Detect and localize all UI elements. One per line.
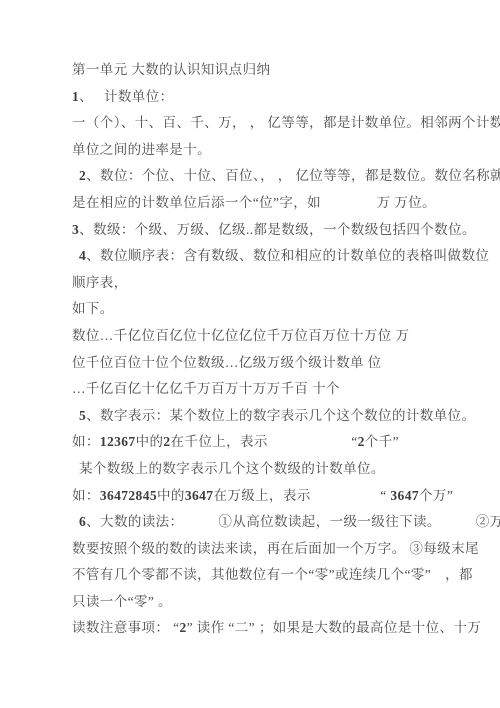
text-line-19: 数要按照个级的数的读法来读，再在后面加一个万字。 ③每级末尾 [72,536,482,563]
text-segment: 一（个）、十、百、千、万， ， 亿等等，都是计数单位。相邻两个计数 [72,115,500,130]
text-line-2: 1、 计数单位： [72,84,482,111]
text-line-4: 单位之间的进率是十。 [72,137,482,164]
text-segment: 、大数的读法： ①从高位数读起，一级一级往下读。 ②万级的 [86,514,500,529]
text-segment: 如： [72,434,100,449]
bold-text-segment: 3647 [185,488,214,503]
text-segment: 、数位顺序表：含有数级、数位和相应的计数单位的表格叫做数位 [86,248,489,263]
text-segment: 位千位百位十位个位数级…亿级万级个级计数单 位 [72,355,382,370]
text-line-3: 一（个）、十、百、千、万， ， 亿等等，都是计数单位。相邻两个计数 [72,110,482,137]
text-segment: 读数注意事项： “ [72,620,179,635]
text-segment: 某个数级上的数字表示几个这个数级的计数单位。 [79,461,385,476]
text-line-9: 顺序表， [72,270,482,297]
text-segment: 、数级：个级、万级、亿级..都是数级，一个数级包括四个数位。 [79,222,476,237]
text-segment: …千亿百亿十亿亿千万百万十万万千百 十个 [72,381,340,396]
text-line-18: 6、大数的读法： ①从高位数读起，一级一级往下读。 ②万级的 [72,509,482,536]
text-line-6: 是在相应的计数单位后添一个“位”字，如 万 万位。 [72,190,482,217]
text-line-7: 3、数级：个级、万级、亿级..都是数级，一个数级包括四个数位。 [72,217,482,244]
text-segment: ” 读作 “二” ；如果是大数的最高位是十位、十万 [187,620,482,635]
text-line-11: 数位…千亿位百亿位十亿位亿位千万位百万位十万位 万 [72,323,482,350]
text-segment: 个万” [419,488,453,503]
text-segment: 如： [72,488,100,503]
text-segment: 是在相应的计数单位后添一个“位”字，如 万 万位。 [72,195,436,210]
text-line-10: 如下。 [72,296,482,323]
text-segment: 、数字表示：某个数位上的数字表示几个这个数位的计数单位。 [86,408,475,423]
text-segment: 中的 [136,434,164,449]
text-line-8: 4、数位顺序表：含有数级、数位和相应的计数单位的表格叫做数位 [72,243,482,270]
text-segment: 个千” [365,434,399,449]
document-page: 第一单元 大数的认识知识点归纳1、 计数单位：一（个）、十、百、千、万， ， 亿… [0,0,500,708]
text-line-13: …千亿百亿十亿亿千万百万十万万千百 十个 [72,376,482,403]
text-line-5: 2、数位：个位、十位、百位、， ， 亿位等等，都是数位。数位名称就 [72,163,482,190]
text-line-14: 5、数字表示：某个数位上的数字表示几个这个数位的计数单位。 [72,403,482,430]
bold-text-segment: 2 [358,434,365,449]
text-segment: 单位之间的进率是十。 [72,142,211,157]
text-line-21: 只读一个“零” 。 [72,589,482,616]
text-segment: 在万级上，表示 “ [213,488,390,503]
text-segment: 只读一个“零” 。 [72,594,172,609]
text-segment: 第一单元 大数的认识知识点归纳 [72,62,270,77]
text-segment: 数要按照个级的数的读法来读，再在后面加一个万字。 ③每级末尾 [72,541,479,556]
text-segment: 顺序表， [72,275,128,290]
bold-text-segment: 2 [179,620,186,635]
text-line-16: 某个数级上的数字表示几个这个数级的计数单位。 [72,456,482,483]
text-segment: 不管有几个零都不读，其他数位有一个“零”或连续几个“零” ，都 [72,567,473,582]
text-segment: 、数位：个位、十位、百位、， ， 亿位等等，都是数位。数位名称就 [86,168,500,183]
text-segment: 、 计数单位： [79,89,173,104]
text-line-12: 位千位百位十位个位数级…亿级万级个级计数单 位 [72,350,482,377]
document-text: 第一单元 大数的认识知识点归纳1、 计数单位：一（个）、十、百、千、万， ， 亿… [72,57,482,642]
text-line-17: 如：36472845中的3647在万级上，表示 “ 3647个万” [72,483,482,510]
text-segment: 在千位上，表示 “ [171,434,358,449]
bold-text-segment: 3647 [390,488,419,503]
text-line-15: 如：12367中的2在千位上，表示 “2个千” [72,429,482,456]
document-title: 第一单元 大数的认识知识点归纳 [72,57,482,84]
text-segment: 数位…千亿位百亿位十亿位亿位千万位百万位十万位 万 [72,328,409,343]
text-line-20: 不管有几个零都不读，其他数位有一个“零”或连续几个“零” ，都 [72,562,482,589]
text-segment: 中的 [157,488,185,503]
text-segment: 如下。 [72,301,114,316]
bold-text-segment: 36472845 [100,488,157,503]
bold-text-segment: 2 [163,434,170,449]
bold-text-segment: 12367 [100,434,136,449]
text-line-22: 读数注意事项： “2” 读作 “二” ；如果是大数的最高位是十位、十万 [72,615,482,642]
